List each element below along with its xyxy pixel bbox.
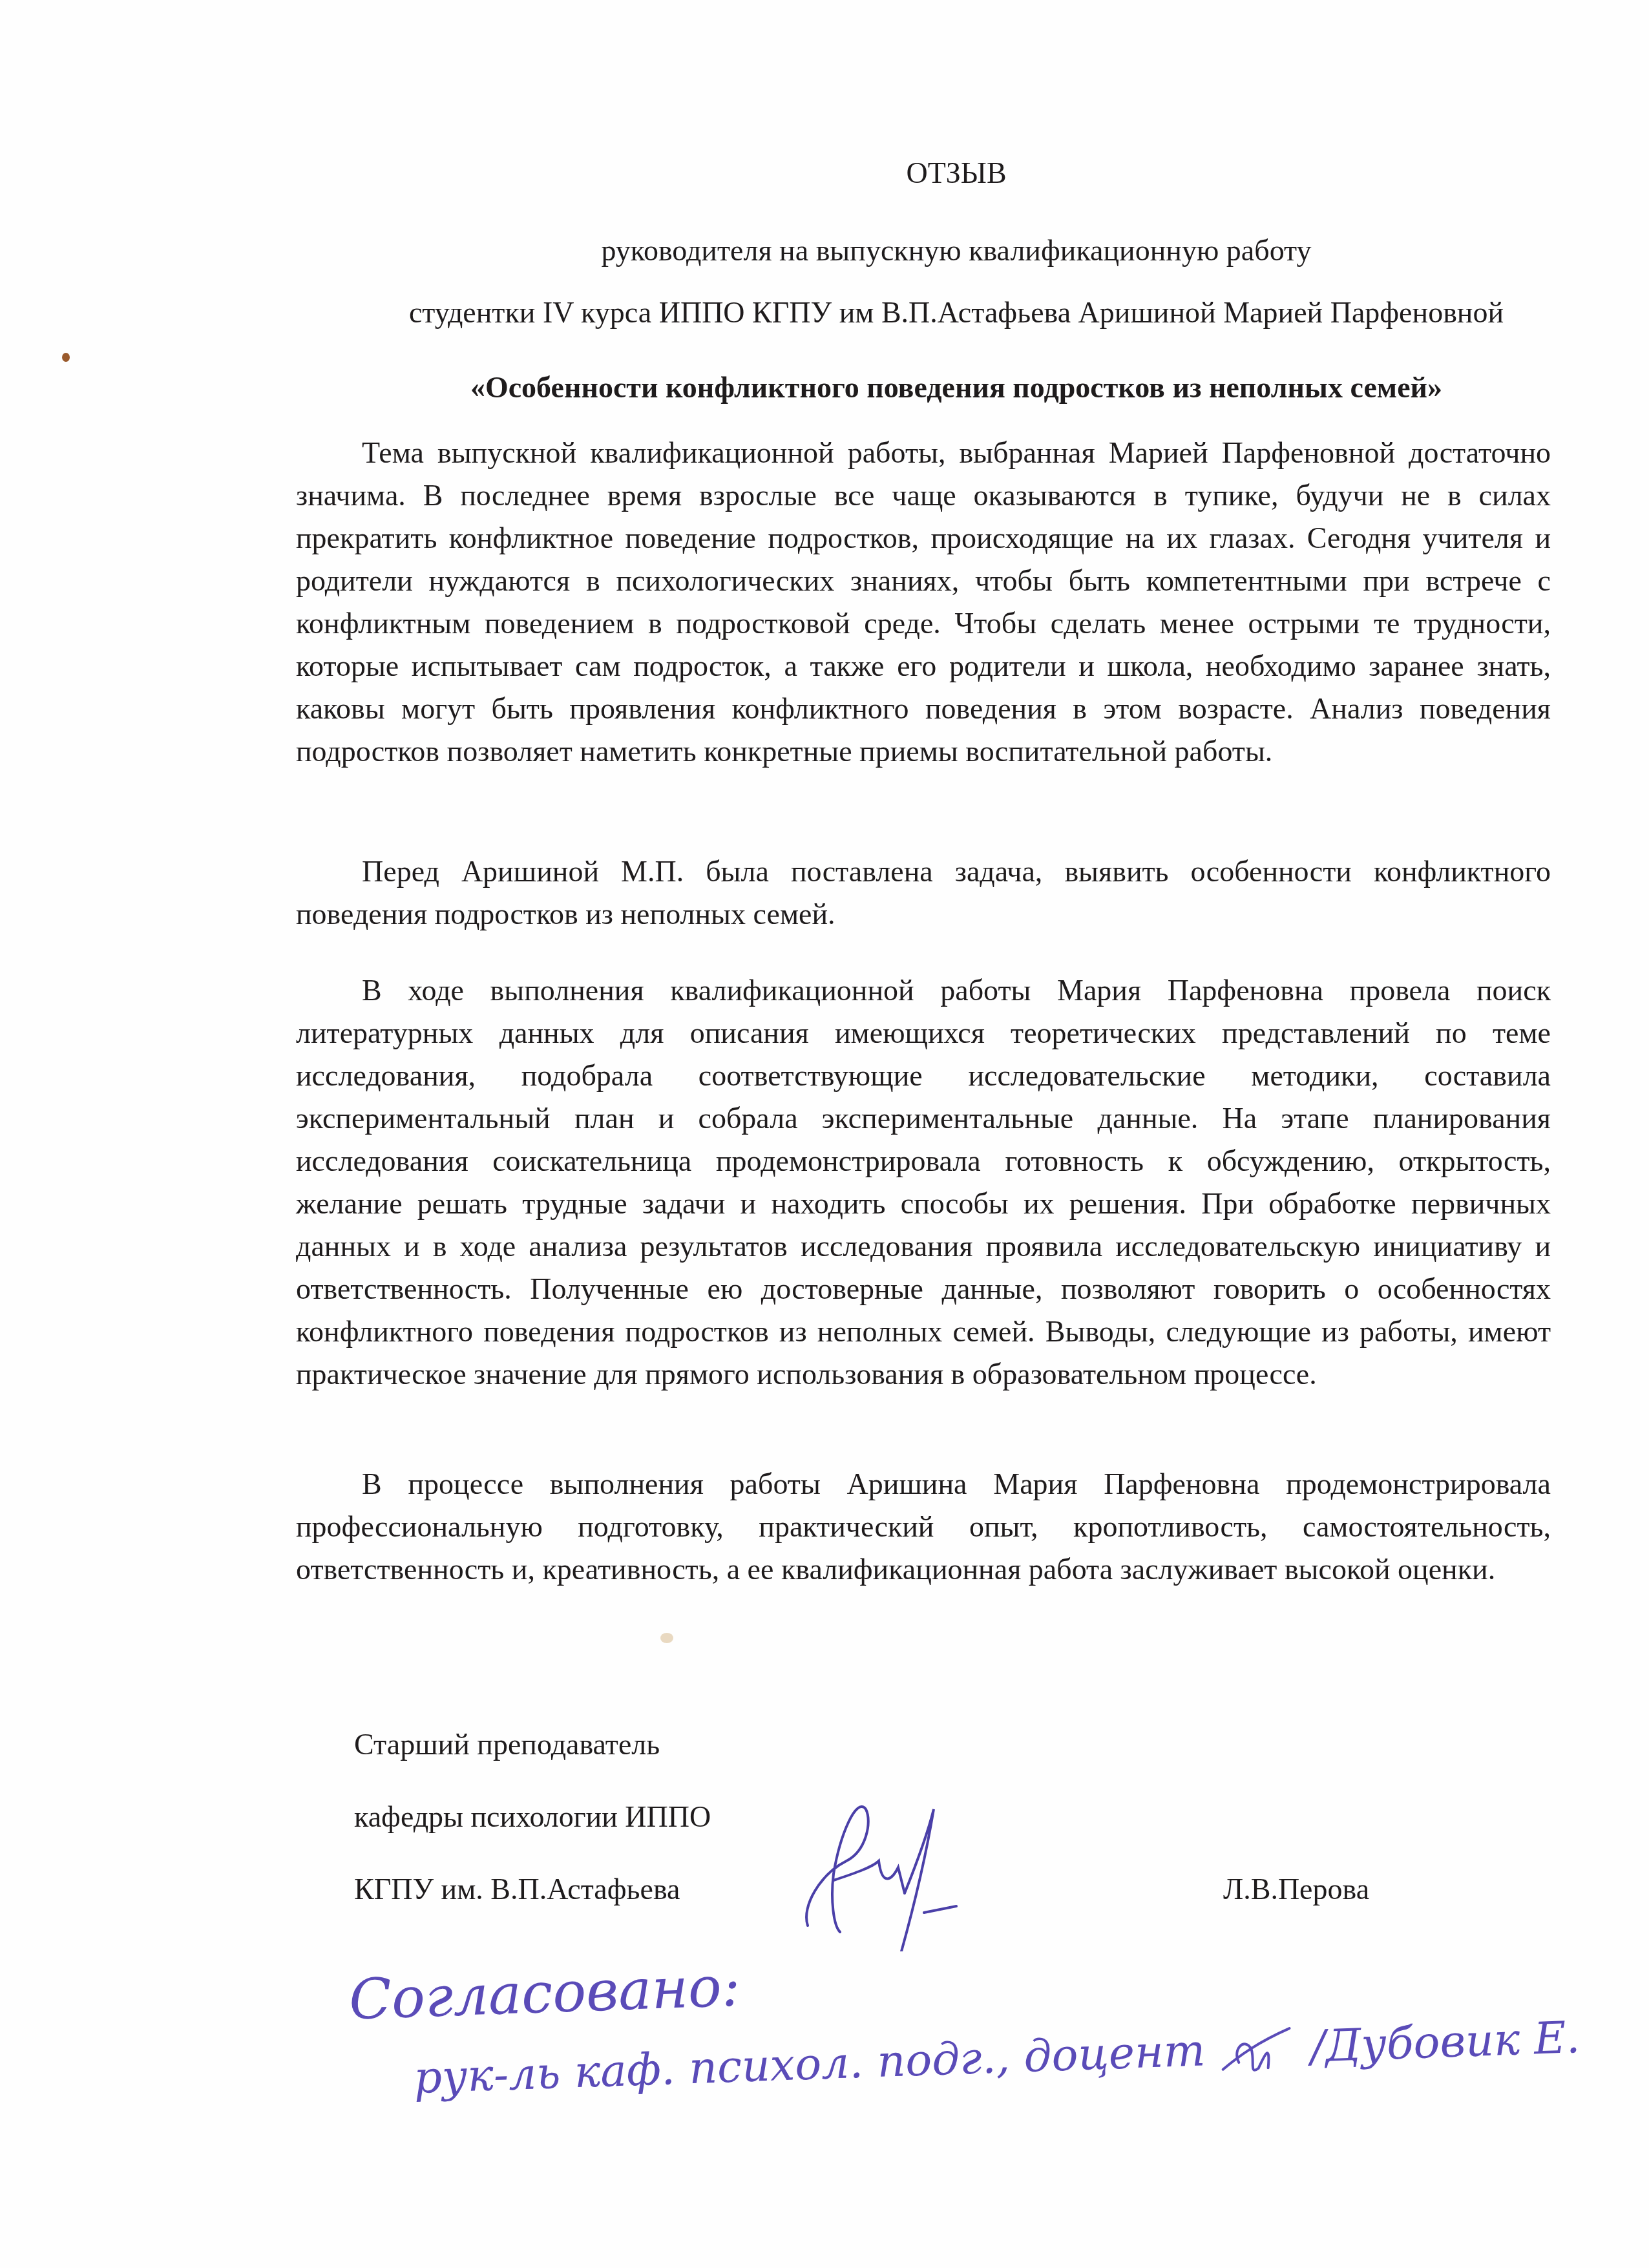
approver-position: рук-ль каф. психол. подг., доцент [413,2025,1206,2104]
paper-speck [660,1633,673,1643]
document-page: ОТЗЫВ руководителя на выпускную квалифик… [0,0,1649,2268]
paper-speck [62,353,70,362]
document-subtitle: руководителя на выпускную квалификационн… [362,231,1551,270]
paragraph-conclusion: В процессе выполнения работы Аришина Мар… [296,1463,1551,1591]
approver-name: /Дубовик Е. [1310,2012,1581,2073]
paragraph-relevance: Тема выпускной квалификационной работы, … [296,432,1551,773]
signatory-position-line3: КГПУ им. В.П.Астафьева [354,1870,680,1909]
signatory-position-line1: Старший преподаватель [354,1725,660,1764]
paragraph-progress: В ходе выполнения квалификационной работ… [296,969,1551,1396]
signatory-name: Л.В.Перова [1223,1870,1369,1909]
paragraph-task: Перед Аришиной М.П. была поставлена зада… [296,850,1551,936]
thesis-theme: «Особенности конфликтного поведения подр… [362,368,1551,407]
signatory-position-line2: кафедры психологии ИППО [354,1798,711,1836]
approver-signature-icon [1218,2022,1297,2083]
document-title: ОТЗЫВ [362,154,1551,193]
signature-icon [795,1796,1002,1951]
approval-details: рук-ль каф. психол. подг., доцент /Дубов… [413,2012,1581,2111]
student-line: студентки IV курса ИППО КГПУ им В.П.Аста… [362,293,1551,332]
approval-label: Согласовано: [348,1954,741,2032]
